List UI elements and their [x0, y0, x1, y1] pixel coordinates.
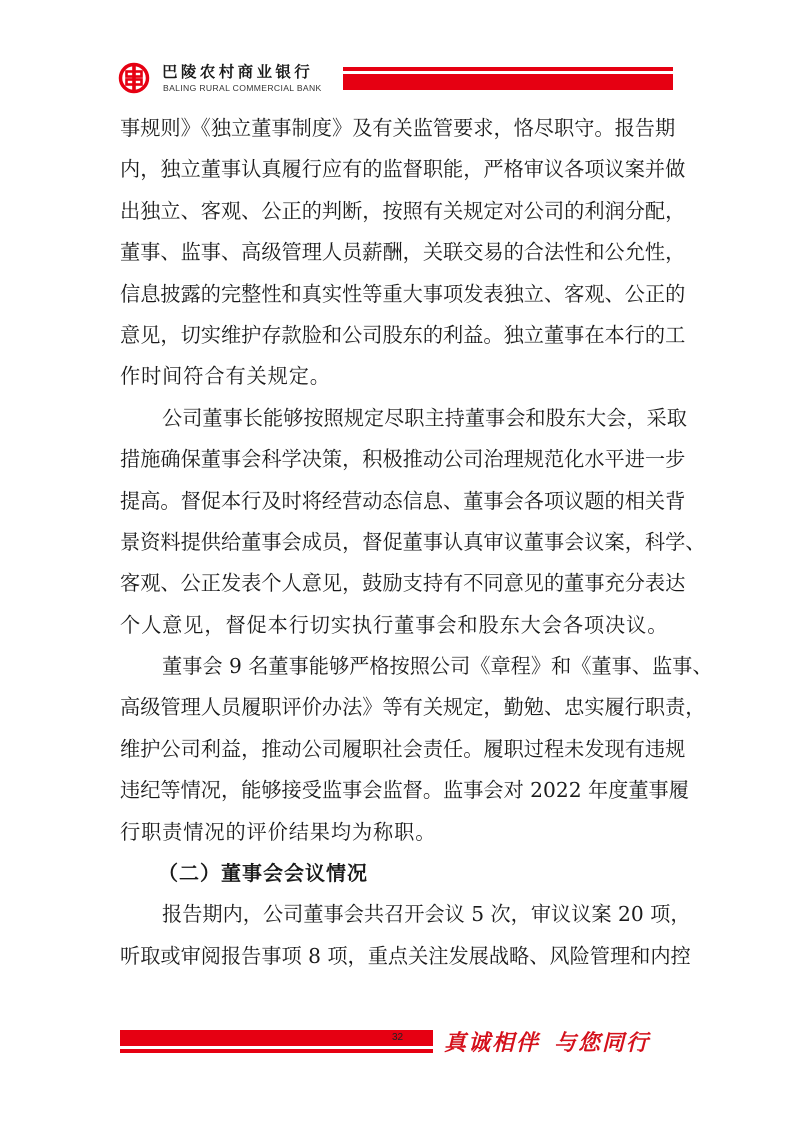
paragraph-board-evaluation: 董事会 9 名董事能够严格按照公司《章程》和《董事、监事、 高级管理人员履职评价…: [120, 646, 673, 853]
page-number: 32: [392, 1030, 422, 1046]
footer-slogan: 真诚相伴与您同行: [444, 1026, 650, 1057]
bank-name-en: BALING RURAL COMMERCIAL BANK: [163, 83, 322, 93]
header-rule-thick: [343, 74, 673, 90]
text-line: 董事会 9 名董事能够严格按照公司《章程》和《董事、监事、: [120, 646, 673, 687]
text-line: 措施确保董事会科学决策，积极推动公司治理规范化水平进一步: [120, 439, 673, 480]
text-line: 维护公司利益，推动公司履职社会责任。履职过程未发现有违规: [120, 729, 673, 770]
text-line: 报告期内，公司董事会共召开会议 5 次，审议议案 20 项，: [120, 894, 673, 935]
page-header: 巴陵农村商业银行 BALING RURAL COMMERCIAL BANK: [0, 0, 793, 110]
paragraph-chairman: 公司董事长能够按照规定尽职主持董事会和股东大会，采取 措施确保董事会科学决策，积…: [120, 398, 673, 646]
text-line: 提高。督促本行及时将经营动态信息、董事会各项议题的相关背: [120, 481, 673, 522]
slogan-part-2: 与您同行: [554, 1030, 650, 1056]
text-line: 信息披露的完整性和真实性等重大事项发表独立、客观、公正的: [120, 274, 673, 315]
paragraph-independent-directors: 事规则》《独立董事制度》及有关监管要求，恪尽职守。报告期 内，独立董事认真履行应…: [120, 108, 673, 398]
bank-coin-logo-icon: [118, 62, 150, 94]
document-body: 事规则》《独立董事制度》及有关监管要求，恪尽职守。报告期 内，独立董事认真履行应…: [120, 108, 673, 977]
section-heading: （二）董事会会议情况: [120, 853, 673, 894]
text-line: 行职责情况的评价结果均为称职。: [120, 812, 673, 853]
text-line: 听取或审阅报告事项 8 项，重点关注发展战略、风险管理和内控: [120, 936, 673, 977]
footer-rule-thick: [120, 1030, 433, 1046]
header-rule-thin: [343, 67, 673, 71]
text-line: 客观、公正发表个人意见，鼓励支持有不同意见的董事充分表达: [120, 563, 673, 604]
paragraph-board-meetings: 报告期内，公司董事会共召开会议 5 次，审议议案 20 项， 听取或审阅报告事项…: [120, 894, 673, 977]
text-line: 事规则》《独立董事制度》及有关监管要求，恪尽职守。报告期: [120, 108, 673, 149]
text-line: 出独立、客观、公正的判断，按照有关规定对公司的利润分配，: [120, 191, 673, 232]
footer-rule-thin: [120, 1049, 433, 1053]
text-line: 意见，切实维护存款脸和公司股东的利益。独立董事在本行的工: [120, 315, 673, 356]
bank-name-cn: 巴陵农村商业银行: [162, 60, 313, 82]
text-line: 违纪等情况，能够接受监事会监督。监事会对 2022 年度董事履: [120, 770, 673, 811]
text-line: 景资料提供给董事会成员，督促董事认真审议董事会议案，科学、: [120, 522, 673, 563]
text-line: 内，独立董事认真履行应有的监督职能，严格审议各项议案并做: [120, 149, 673, 190]
slogan-part-1: 真诚相伴: [444, 1030, 540, 1056]
text-line: 公司董事长能够按照规定尽职主持董事会和股东大会，采取: [120, 398, 673, 439]
text-line: 董事、监事、高级管理人员薪酬，关联交易的合法性和公允性，: [120, 232, 673, 273]
page-footer: 32 真诚相伴与您同行: [0, 1020, 793, 1070]
text-line: 高级管理人员履职评价办法》等有关规定，勤勉、忠实履行职责，: [120, 687, 673, 728]
text-line: 个人意见，督促本行切实执行董事会和股东大会各项决议。: [120, 605, 673, 646]
text-line: 作时间符合有关规定。: [120, 356, 673, 397]
